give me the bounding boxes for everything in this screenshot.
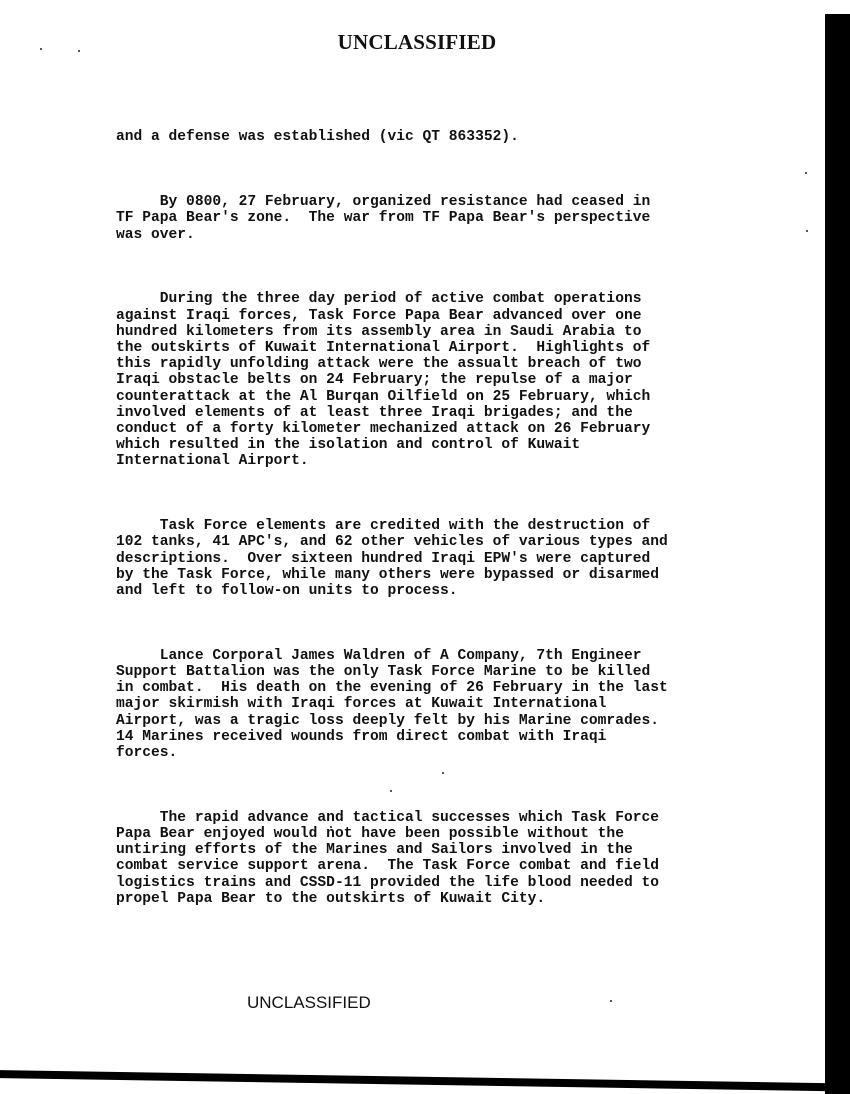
text-line: which resulted in the isolation and cont… xyxy=(116,437,756,453)
text-line: untiring efforts of the Marines and Sail… xyxy=(116,842,756,858)
scan-speck xyxy=(390,790,392,792)
text-line: The rapid advance and tactical successes… xyxy=(116,810,756,826)
paragraph-2: By 0800, 27 February, organized resistan… xyxy=(116,194,756,243)
text-line: Support Battalion was the only Task Forc… xyxy=(116,664,756,680)
scan-speck xyxy=(330,826,332,828)
scan-speck xyxy=(610,1000,612,1002)
document-body: and a defense was established (vic QT 86… xyxy=(116,97,756,956)
text-line: the outskirts of Kuwait International Ai… xyxy=(116,340,756,356)
scan-edge-bottom xyxy=(0,1070,840,1091)
paragraph-5: Lance Corporal James Waldren of A Compan… xyxy=(116,648,756,761)
text-line: 14 Marines received wounds from direct c… xyxy=(116,729,756,745)
paragraph-3: During the three day period of active co… xyxy=(116,291,756,469)
text-line: against Iraqi forces, Task Force Papa Be… xyxy=(116,308,756,324)
text-line: TF Papa Bear's zone. The war from TF Pap… xyxy=(116,210,756,226)
scan-speck xyxy=(40,48,42,50)
scanned-document-page: UNCLASSIFIED and a defense was establish… xyxy=(0,0,850,1094)
text-line: descriptions. Over sixteen hundred Iraqi… xyxy=(116,551,756,567)
text-line: in combat. His death on the evening of 2… xyxy=(116,680,756,696)
text-line: Airport, was a tragic loss deeply felt b… xyxy=(116,713,756,729)
text-line: International Airport. xyxy=(116,453,756,469)
text-line: 102 tanks, 41 APC's, and 62 other vehicl… xyxy=(116,534,756,550)
text-line: and left to follow-on units to process. xyxy=(116,583,756,599)
classification-footer: UNCLASSIFIED xyxy=(247,993,371,1013)
text-line: During the three day period of active co… xyxy=(116,291,756,307)
text-line: by the Task Force, while many others wer… xyxy=(116,567,756,583)
scan-speck xyxy=(442,772,444,774)
text-line: Task Force elements are credited with th… xyxy=(116,518,756,534)
text-line: By 0800, 27 February, organized resistan… xyxy=(116,194,756,210)
text-line: forces. xyxy=(116,745,756,761)
classification-header: UNCLASSIFIED xyxy=(0,30,834,55)
text-line: Papa Bear enjoyed would not have been po… xyxy=(116,826,756,842)
text-line: conduct of a forty kilometer mechanized … xyxy=(116,421,756,437)
text-line: hundred kilometers from its assembly are… xyxy=(116,324,756,340)
text-line: this rapidly unfolding attack were the a… xyxy=(116,356,756,372)
paragraph-1: and a defense was established (vic QT 86… xyxy=(116,129,756,145)
text-line: involved elements of at least three Iraq… xyxy=(116,405,756,421)
scan-speck xyxy=(805,172,807,174)
text-line: Iraqi obstacle belts on 24 February; the… xyxy=(116,372,756,388)
text-line: combat service support arena. The Task F… xyxy=(116,858,756,874)
text-line: was over. xyxy=(116,227,756,243)
scan-speck xyxy=(78,50,80,52)
text-line: and a defense was established (vic QT 86… xyxy=(116,129,756,145)
paragraph-4: Task Force elements are credited with th… xyxy=(116,518,756,599)
text-line: Lance Corporal James Waldren of A Compan… xyxy=(116,648,756,664)
scan-speck xyxy=(806,230,808,232)
text-line: major skirmish with Iraqi forces at Kuwa… xyxy=(116,696,756,712)
text-line: counterattack at the Al Burqan Oilfield … xyxy=(116,389,756,405)
text-line: logistics trains and CSSD-11 provided th… xyxy=(116,875,756,891)
paragraph-6: The rapid advance and tactical successes… xyxy=(116,810,756,907)
text-line: propel Papa Bear to the outskirts of Kuw… xyxy=(116,891,756,907)
scan-edge-right xyxy=(825,14,850,1094)
